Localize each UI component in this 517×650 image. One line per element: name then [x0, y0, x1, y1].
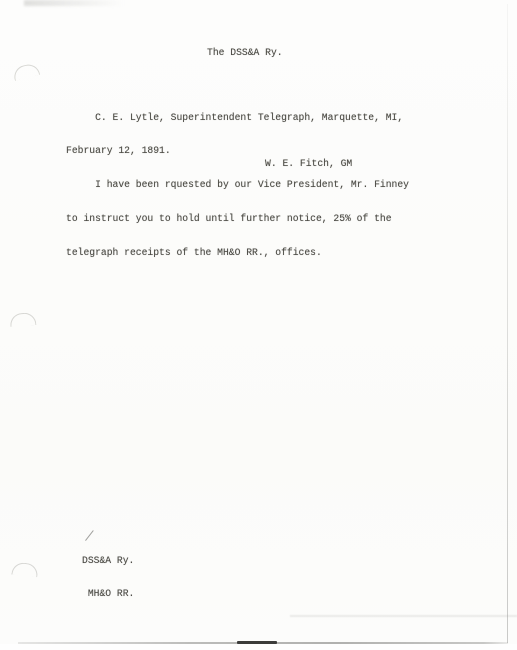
footer-note: DSS&A Ry. [82, 555, 134, 566]
letter-line: telegraph receipts of the MH&O RR., offi… [66, 247, 409, 258]
letter-line: I have been rquested by our Vice Preside… [66, 179, 409, 190]
scanner-background [0, 644, 517, 650]
page-edge-right [507, 4, 508, 643]
footer-notes: DSS&A Ry. MH&O RR. [82, 532, 134, 622]
signature: W. E. Fitch, GM [265, 158, 352, 169]
scanned-document-page: The DSS&A Ry. C. E. Lytle, Superintenden… [0, 0, 517, 650]
punch-hole-bottom [11, 562, 38, 578]
letter-line: February 12, 1891. [66, 145, 409, 156]
document-title: The DSS&A Ry. [207, 47, 283, 58]
scan-smudge [24, 0, 124, 6]
letter-line: C. E. Lytle, Superintendent Telegraph, M… [66, 112, 409, 123]
punch-hole-top [12, 62, 40, 81]
punch-hole-middle [10, 312, 37, 327]
scan-streak [290, 615, 517, 617]
letter-body: C. E. Lytle, Superintendent Telegraph, M… [66, 89, 409, 281]
footer-note: MH&O RR. [82, 588, 134, 599]
letter-line: to instruct you to hold until further no… [66, 213, 409, 224]
